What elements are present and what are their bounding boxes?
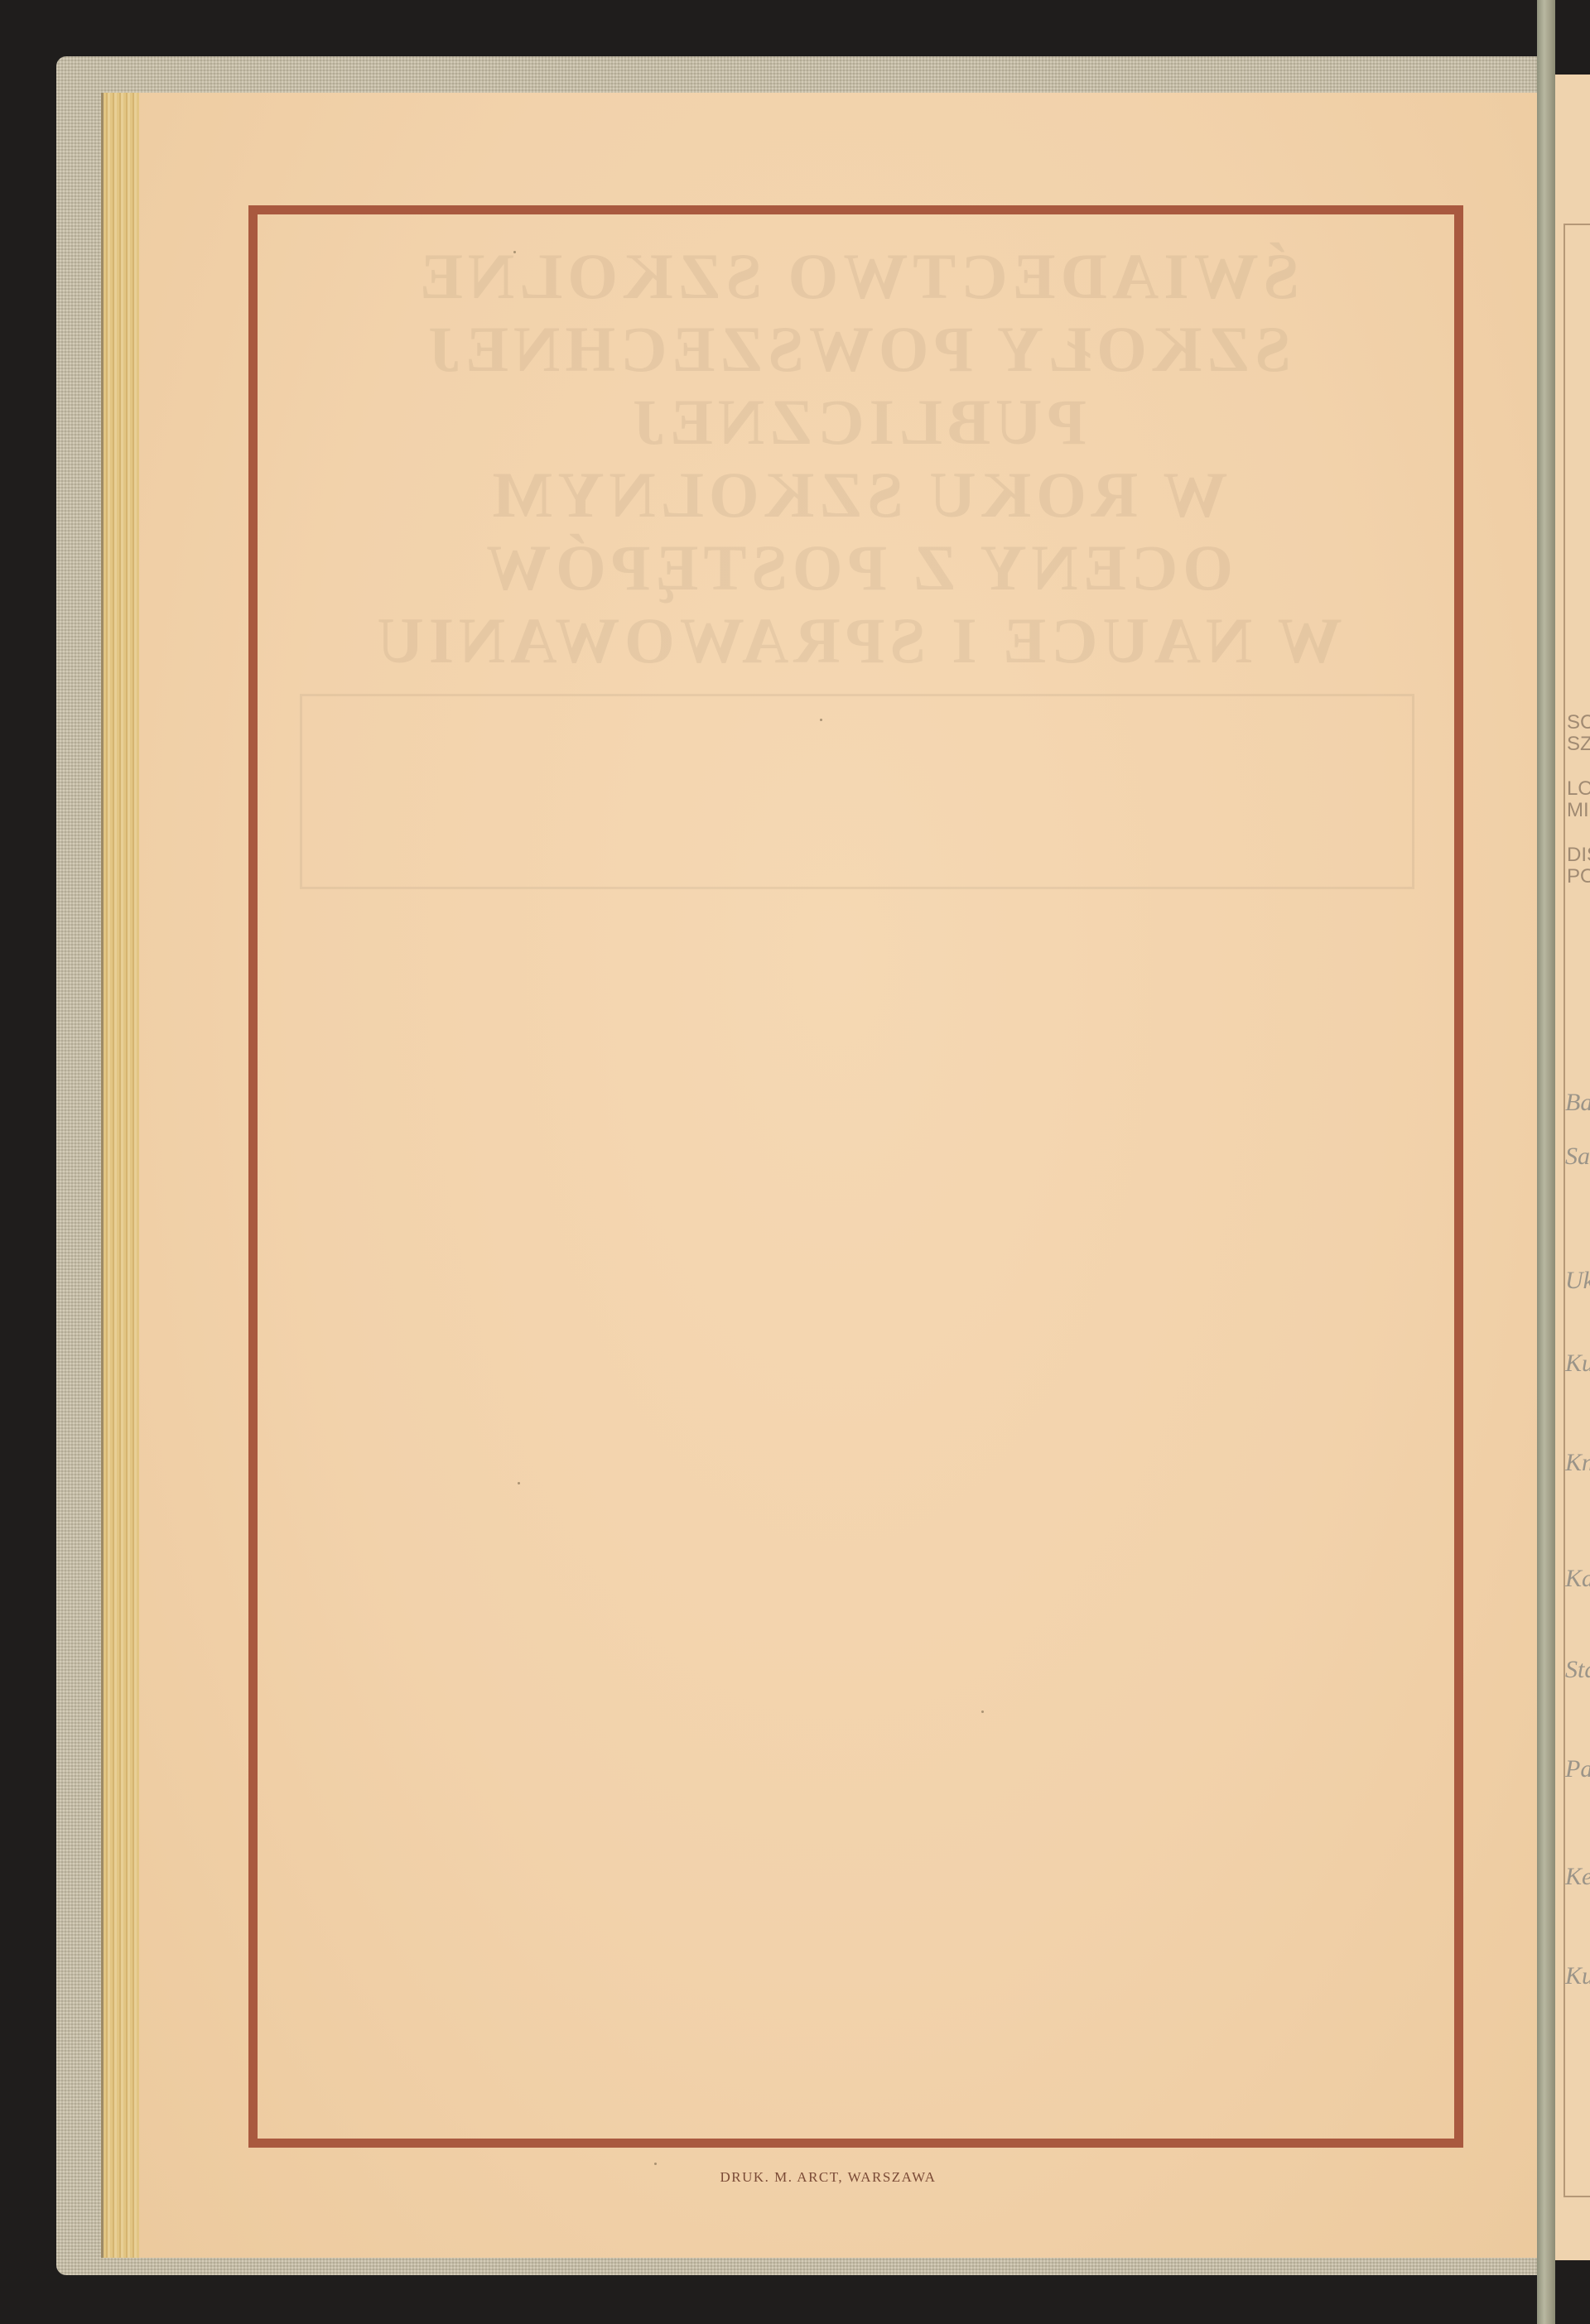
binding-gutter	[1537, 0, 1555, 2324]
printer-imprint: DRUK. M. ARCT, WARSZAWA	[0, 2169, 1590, 2186]
opposite-script-entry: Ka	[1565, 1565, 1590, 1593]
paper-speck	[654, 2163, 657, 2165]
paper-speck	[518, 1482, 520, 1484]
opposite-script-entry: Ku	[1565, 1350, 1590, 1378]
opposite-header-cell: DIST POV	[1567, 844, 1590, 888]
opposite-header-cell: SCHO SZKO	[1567, 712, 1590, 755]
paper-speck	[820, 719, 822, 721]
opposite-script-entry: Ku	[1565, 1962, 1590, 1990]
paper-speck	[513, 251, 516, 253]
opposite-script-entry: Ke	[1565, 1863, 1590, 1891]
opposite-page-frame	[1563, 224, 1590, 2197]
opposite-script-entry: Sa	[1565, 1143, 1590, 1171]
paper-speck	[981, 1711, 984, 1713]
opposite-page-edge: SCHO SZKO LOC MIE DIST POV Ba Sa Uk Ku K…	[1555, 75, 1590, 2260]
opposite-script-entry: Sta	[1565, 1656, 1590, 1684]
opposite-script-entry: Kn	[1565, 1449, 1590, 1477]
opposite-script-entry: Ba	[1565, 1089, 1590, 1117]
opposite-script-entry: Pa	[1565, 1755, 1590, 1783]
opposite-script-entry: Uk	[1565, 1267, 1590, 1295]
decorative-page-frame	[248, 205, 1463, 2148]
opposite-header-cell: LOC MIE	[1567, 778, 1590, 821]
